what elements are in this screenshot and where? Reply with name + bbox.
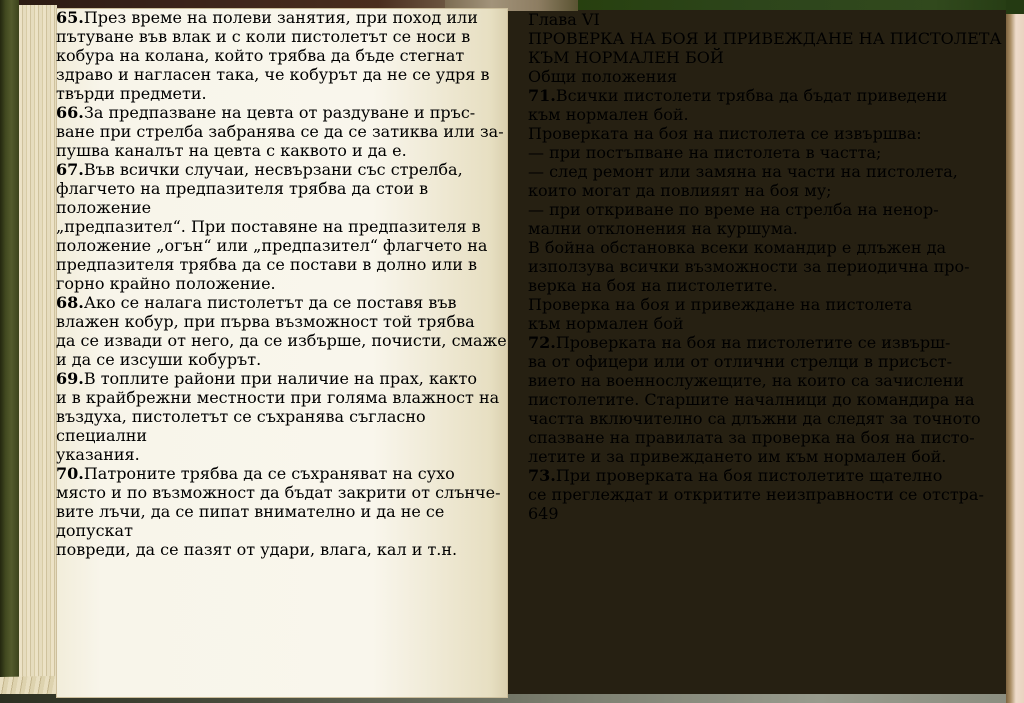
text-line: въздуха, пистолетът се съхранява съгласн… — [56, 407, 508, 445]
text-line: 69.В топлите райони при наличие на прах,… — [56, 369, 508, 388]
paragraph-number: 73. — [528, 466, 556, 485]
text-line: пушва каналът на цевта с каквото и да е. — [56, 141, 508, 160]
left-page-text: 65.През време на полеви занятия, при пох… — [56, 8, 508, 559]
paragraph-number: 67. — [56, 160, 84, 179]
text-line: положение „огън“ или „предпазител“ флагч… — [56, 236, 508, 255]
subsection-heading-line: Проверка на боя и привеждане на пистолет… — [528, 295, 1006, 314]
text-line: спазване на правилата за проверка на боя… — [528, 428, 1006, 447]
paragraph-number: 72. — [528, 333, 556, 352]
text-line: флагчето на предпазителя трябва да стои … — [56, 179, 508, 217]
text-line: „предпазител“. При поставяне на предпази… — [56, 217, 508, 236]
text-line: летите и за привеждането им към нормален… — [528, 447, 1006, 466]
text-line: — при постъпване на пистолета в частта; — [528, 143, 1006, 162]
paragraph-number: 65. — [56, 8, 84, 27]
subsection-heading-line: към нормален бой — [528, 314, 1006, 333]
page-edge-right — [1006, 8, 1024, 703]
text-line: вието на военнослужещите, на които са за… — [528, 371, 1006, 390]
right-page: Глава VI ПРОВЕРКА НА БОЯ И ПРИВЕЖДАНЕ НА… — [528, 10, 1006, 700]
page-edge-stack-left — [19, 5, 57, 703]
subsection-heading: Проверка на боя и привеждане на пистолет… — [528, 295, 1006, 333]
text-line: които могат да повлияят на боя му; — [528, 181, 1006, 200]
book-cover-corner — [1006, 0, 1024, 14]
text-line: се преглеждат и откритите неизправности … — [528, 485, 1006, 504]
text-line: пистолетите. Старшите началници до коман… — [528, 390, 1006, 409]
text-line: и да се изсуши кобурът. — [56, 350, 508, 369]
text-line: кобура на колана, който трябва да бъде с… — [56, 46, 508, 65]
text-line: 67.Във всички случаи, несвързани със стр… — [56, 160, 508, 179]
text-line: 66.За предпазване на цевта от раздуване … — [56, 103, 508, 122]
paragraph-number: 70. — [56, 464, 84, 483]
right-page-text: Глава VI ПРОВЕРКА НА БОЯ И ПРИВЕЖДАНЕ НА… — [528, 10, 1006, 523]
text-line: 70.Патроните трябва да се съхраняват на … — [56, 464, 508, 483]
right-page-body-2: 72.Проверката на боя на пистолетите се и… — [528, 333, 1006, 504]
text-line: ва от офицери или от отлични стрелци в п… — [528, 352, 1006, 371]
text-line: 71.Всички пистолети трябва да бъдат прив… — [528, 86, 1006, 105]
text-line: верка на боя на пистолетите. — [528, 276, 1006, 295]
page-number: 649 — [528, 504, 1006, 523]
text-line: повреди, да се пазят от удари, влага, ка… — [56, 540, 508, 559]
paragraph-number: 69. — [56, 369, 84, 388]
paragraph-number: 68. — [56, 293, 84, 312]
paragraph-number: 66. — [56, 103, 84, 122]
paragraph-number: 71. — [528, 86, 556, 105]
text-line: влажен кобур, при първа възможност той т… — [56, 312, 508, 331]
text-line: — след ремонт или замяна на части на пис… — [528, 162, 1006, 181]
text-line: горно крайно положение. — [56, 274, 508, 293]
text-line: пътуване във влак и с коли пистолетът се… — [56, 27, 508, 46]
text-line: ване при стрелба забранява се да се зати… — [56, 122, 508, 141]
text-line: вите лъчи, да се пипат внимателно и да н… — [56, 502, 508, 540]
text-line: 72.Проверката на боя на пистолетите се и… — [528, 333, 1006, 352]
section-heading: Общи положения — [528, 67, 1006, 86]
text-line: използува всички възможности за периодич… — [528, 257, 1006, 276]
text-line: 68.Ако се налага пистолетът да се постав… — [56, 293, 508, 312]
text-line: частта включително са длъжни да следят з… — [528, 409, 1006, 428]
text-line: здраво и нагласен така, че кобурът да не… — [56, 65, 508, 84]
text-line: 73.При проверката на боя пистолетите щат… — [528, 466, 1006, 485]
text-line: предпазителя трябва да се постави в долн… — [56, 255, 508, 274]
text-line: В бойна обстановка всеки командир е длъж… — [528, 238, 1006, 257]
text-line: към нормален бой. — [528, 105, 1006, 124]
text-line: 65.През време на полеви занятия, при пох… — [56, 8, 508, 27]
text-line: указания. — [56, 445, 508, 464]
chapter-title-line: КЪМ НОРМАЛЕН БОЙ — [528, 48, 1006, 67]
text-line: и в крайбрежни местности при голяма влаж… — [56, 388, 508, 407]
text-line: мални отклонения на куршума. — [528, 219, 1006, 238]
chapter-title-line: ПРОВЕРКА НА БОЯ И ПРИВЕЖДАНЕ НА ПИСТОЛЕТ… — [528, 29, 1006, 48]
text-line: да се извади от него, да се избърше, поч… — [56, 331, 508, 350]
right-page-body-1: 71.Всички пистолети трябва да бъдат прив… — [528, 86, 1006, 295]
chapter-heading: Глава VI — [528, 10, 1006, 29]
left-page: 65.През време на полеви занятия, при пох… — [56, 8, 508, 698]
text-line: Проверката на боя на пистолета се извърш… — [528, 124, 1006, 143]
book-scan: 65.През време на полеви занятия, при пох… — [0, 0, 1024, 703]
text-line: място и по възможност да бъдат закрити о… — [56, 483, 508, 502]
book-cover-top-edge — [578, 0, 1024, 10]
book-cover-left-edge — [0, 0, 19, 703]
chapter-title: ПРОВЕРКА НА БОЯ И ПРИВЕЖДАНЕ НА ПИСТОЛЕТ… — [528, 29, 1006, 67]
text-line: твърди предмети. — [56, 84, 508, 103]
text-line: — при откриване по време на стрелба на н… — [528, 200, 1006, 219]
